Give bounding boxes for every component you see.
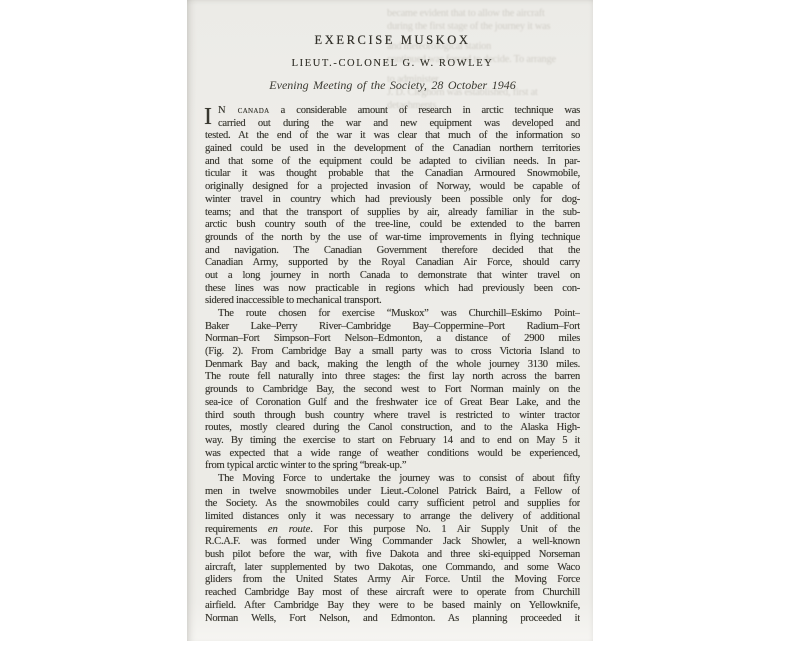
body-line: airfield. After Cambridge Bay they were … (205, 600, 580, 613)
body-line: third south through bush country where t… (205, 410, 580, 423)
body-line: tested. At the end of the war it was cle… (205, 130, 580, 143)
body-line: and that some of the equipment could be … (205, 156, 580, 169)
body-line: Canadian Army, supported by the Royal Ca… (205, 257, 580, 270)
body-line: was expected that a wide range of weathe… (205, 448, 580, 461)
body-line: arctic bush country south of the tree-li… (205, 219, 580, 232)
body-line: men in twelve snowmobiles under Lieut.-C… (205, 486, 580, 499)
body-line: limited distances only it was necessary … (205, 511, 580, 524)
body-line: grounds to Cambridge Bay, the second wes… (205, 384, 580, 397)
body-paragraph: The route chosen for exercise “Muskox” w… (205, 308, 580, 473)
author-line: LIEUT.-COLONEL G. W. ROWLEY (205, 58, 580, 69)
body-line: the Society. As the snowmobiles could ca… (205, 498, 580, 511)
body-paragraph: The Moving Force to undertake the journe… (205, 473, 580, 625)
body-line: (Fig. 2). From Cambridge Bay a small par… (205, 346, 580, 359)
body-line: Norman Wells, Fort Nelson, and Edmonton.… (205, 613, 580, 626)
body-text: IN canada a considerable amount of resea… (205, 105, 580, 625)
body-line: carried out during the war and new equip… (205, 118, 580, 131)
body-line: from typical arctic winter to the spring… (205, 460, 580, 473)
body-line: R.C.A.F. was formed under Wing Commander… (205, 536, 580, 549)
body-line: The route chosen for exercise “Muskox” w… (205, 308, 580, 321)
body-line: aircraft, later supplemented by two Dako… (205, 562, 580, 575)
body-line: bush pilot before the war, with five Dak… (205, 549, 580, 562)
body-line: The Moving Force to undertake the journe… (205, 473, 580, 486)
body-line: gained could be used in the development … (205, 143, 580, 156)
body-line: out a long journey in north Canada to de… (205, 270, 580, 283)
scanned-book-page: became evident that to allow the aircraf… (187, 0, 593, 641)
body-line: Denmark Bay and back, making the length … (205, 359, 580, 372)
body-line: reached Cambridge Bay most of these airc… (205, 587, 580, 600)
body-line: originally designed for a projected inva… (205, 181, 580, 194)
body-line: sea-ice of Coronation Gulf and the fresh… (205, 397, 580, 410)
body-line: and navigation. The Canadian Government … (205, 245, 580, 258)
body-line: teams; and that the transport of supplie… (205, 207, 580, 220)
body-line: routes, mostly cleared during the Canol … (205, 422, 580, 435)
body-line: requirements en route. For this purpose … (205, 524, 580, 537)
body-line: winter travel in country which had previ… (205, 194, 580, 207)
body-line: these lines was now practicable in regio… (205, 283, 580, 296)
body-line: Baker Lake–Perry River–Cambridge Bay–Cop… (205, 321, 580, 334)
body-line: The route fell naturally into three stag… (205, 371, 580, 384)
body-line: sidered inaccessible to mechanical trans… (205, 295, 580, 308)
body-line: Norman–Fort Simpson–Fort Nelson–Edmonton… (205, 333, 580, 346)
page-content: EXERCISE MUSKOX LIEUT.-COLONEL G. W. ROW… (205, 0, 580, 625)
drop-cap: I (204, 105, 212, 129)
meeting-line: Evening Meeting of the Society, 28 Octob… (205, 78, 580, 93)
body-line: grounds of the north by the use of war-t… (205, 232, 580, 245)
body-line: gliders from the United States Army Air … (205, 574, 580, 587)
body-line: ticular it was thought probable that the… (205, 168, 580, 181)
body-line: way. By timing the exercise to start on … (205, 435, 580, 448)
body-line: N canada a considerable amount of resear… (205, 105, 580, 118)
page-title: EXERCISE MUSKOX (205, 33, 580, 48)
body-paragraph: IN canada a considerable amount of resea… (205, 105, 580, 308)
